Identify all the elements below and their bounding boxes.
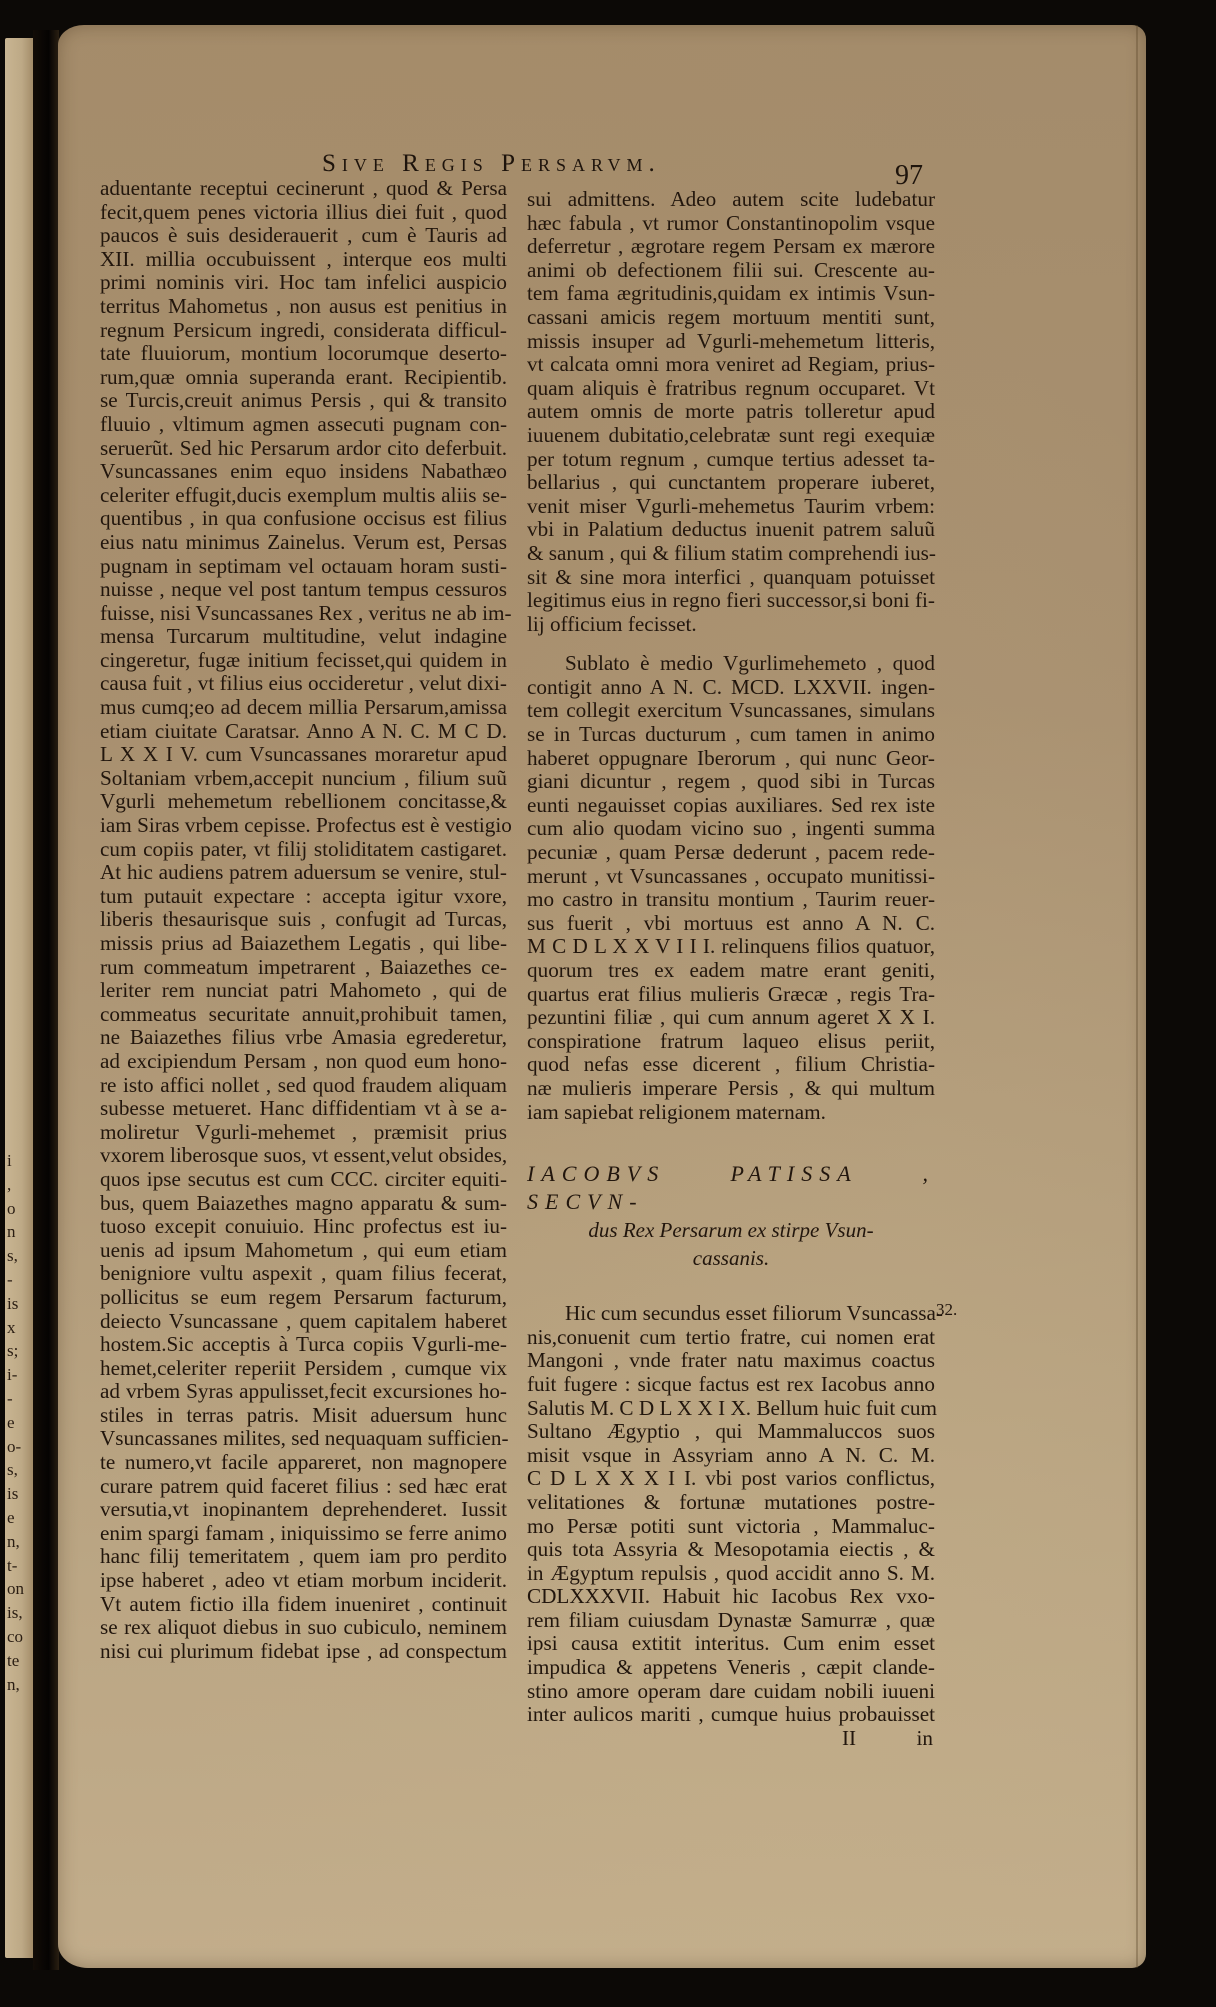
previous-page-text-fragment: is, — [7, 1604, 23, 1621]
section-gap — [527, 1124, 935, 1160]
text-line: fecit,quem penes victoria illius diei fu… — [100, 201, 507, 225]
text-line: missis prius ad Baiazethem Legatis , qui… — [100, 932, 507, 956]
text-line: velitationes & fortunæ mutationes postre… — [527, 1491, 935, 1515]
text-line: se in Turcas ducturum , cum tamen in ani… — [527, 723, 935, 747]
previous-page-text-fragment: t- — [7, 1557, 17, 1574]
previous-page-text-fragment: s, — [7, 1461, 18, 1478]
text-line: iuuenem dubitatio,celebratæ sunt regi ex… — [527, 424, 935, 448]
text-line: tate fluuiorum, montium locorumque deser… — [100, 342, 507, 366]
text-line: autem omnis de morte patris tolleretur a… — [527, 400, 935, 424]
text-line: ipse haberet , adeo vt etiam morbum inci… — [100, 1569, 507, 1593]
text-line: At hic audiens patrem aduersum se venire… — [100, 861, 507, 885]
previous-page-text-fragment: on — [7, 1580, 24, 1597]
text-line: eius natu minimus Zainelus. Verum est, P… — [100, 531, 507, 555]
text-line: iam Siras vrbem cepisse. Profectus est è… — [100, 814, 507, 838]
previous-page-text-fragment: o — [7, 1200, 16, 1217]
text-line: tum putauit expectare : accepta igitur v… — [100, 885, 507, 909]
text-line: lij officium fecisset. — [527, 613, 935, 637]
text-line: quod nefas esse dicerent , filium Christ… — [527, 1053, 935, 1077]
previous-page-text-fragment: s, — [7, 1247, 18, 1264]
text-line: fuisse, nisi Vsuncassanes Rex , veritus … — [100, 602, 507, 626]
previous-page-text-fragment: co — [7, 1628, 23, 1645]
text-line: Vgurli mehemetum rebellionem concitasse,… — [100, 790, 507, 814]
previous-page-text-fragment: is — [7, 1485, 18, 1502]
text-line: vt calcata omni mora veniret ad Regiam, … — [527, 353, 935, 377]
left-column: aduentante receptui cecinerunt , quod & … — [100, 177, 507, 1663]
text-line: cassani amicis regem mortuum mentiti sun… — [527, 306, 935, 330]
previous-page-text-fragment: , — [7, 1176, 11, 1193]
text-line: rem filiam cuiusdam Dynastæ Samurræ , qu… — [527, 1609, 935, 1633]
text-line: pugnam in septimam vel octauam horam sus… — [100, 555, 507, 579]
text-line: haberet oppugnare Iberorum , qui nunc Ge… — [527, 747, 935, 771]
text-line: tem collegit exercitum Vsuncassanes, sim… — [527, 699, 935, 723]
chapter-heading: IACOBVS PATISSA , SECVN- dus Rex Persaru… — [527, 1160, 935, 1272]
text-line: iam sapiebat religionem maternam. — [527, 1101, 935, 1125]
chapter-heading-line3: cassanis. — [527, 1244, 935, 1272]
previous-page-text-fragment: x — [7, 1319, 16, 1336]
text-line: C D L X X X I I. vbi post varios conflic… — [527, 1467, 935, 1491]
text-line: primi nominis viri. Hoc tam infelici aus… — [100, 271, 507, 295]
text-line: deiecto Vsuncassane , quem capitalem hab… — [100, 1310, 507, 1334]
previous-page-text-fragment: i- — [7, 1366, 17, 1383]
text-line: quis tota Assyria & Mesopotamia eiectis … — [527, 1538, 935, 1562]
catchword: in — [917, 1727, 933, 1751]
text-line: animi ob defectionem filii sui. Crescent… — [527, 259, 935, 283]
text-line: nisi cui plurimum fidebat ipse , ad cons… — [100, 1640, 507, 1664]
paragraph-gap — [527, 636, 935, 652]
right-column-part1: sui admittens. Adeo autem scite ludebatu… — [527, 188, 935, 636]
previous-page-text-fragment: n, — [7, 1676, 20, 1693]
text-line: Soltaniam vrbem,accepit nuncium , filium… — [100, 767, 507, 791]
text-line: næ mulieris imperare Persis , & qui mult… — [527, 1077, 935, 1101]
text-line: versutia,vt inopinantem deprehenderet. I… — [100, 1498, 507, 1522]
text-line: quos ipse secutus est cum CCC. circiter … — [100, 1168, 507, 1192]
previous-page-text-fragment: - — [7, 1271, 13, 1288]
previous-page-text-fragment: o- — [7, 1438, 21, 1455]
text-line: pecuniæ , quam Persæ dederunt , pacem re… — [527, 841, 935, 865]
text-line: tuoso excepit conuiuio. Hinc profectus e… — [100, 1215, 507, 1239]
text-line: cum alio quodam vicino suo , ingenti sum… — [527, 817, 935, 841]
text-line: nuisse , neque vel post tantum tempus ce… — [100, 578, 507, 602]
text-line: Sultano Ægyptio , qui Mammaluccos suos — [527, 1420, 935, 1444]
text-line: ad vrbem Syras appulisset,fecit excursio… — [100, 1380, 507, 1404]
text-line: ad excipiendum Persam , non quod eum hon… — [100, 1050, 507, 1074]
text-line: Mangoni , vnde frater natu maximus coact… — [527, 1349, 935, 1373]
text-line: quam aliquis è fratribus regnum occupare… — [527, 377, 935, 401]
text-line: bellarius , qui cunctantem properare iub… — [527, 471, 935, 495]
right-column: sui admittens. Adeo autem scite ludebatu… — [527, 188, 935, 1753]
book-gutter — [33, 30, 59, 1970]
text-line: paucos è suis desiderauerit , cum è Taur… — [100, 224, 507, 248]
text-line: ne Baiazethes filius vrbe Amasia egreder… — [100, 1026, 507, 1050]
running-head: Sive Regis Persarvm. — [322, 150, 661, 178]
text-line: vbi in Palatium deductus inuenit patrem … — [527, 518, 935, 542]
text-line: quentibus , in qua confusione occisus es… — [100, 507, 507, 531]
text-line: merunt , vt Vsuncassanes , occupato muni… — [527, 865, 935, 889]
text-line: celeriter effugit,ducis exemplum multis … — [100, 484, 507, 508]
text-line: commeatus securitate annuit,prohibuit ta… — [100, 1003, 507, 1027]
text-line: pollicitus se eum regem Persarum facturu… — [100, 1286, 507, 1310]
text-line: regnum Persicum ingredi, considerata dif… — [100, 319, 507, 343]
text-line: misit vsque in Assyriam anno A N. C. M. — [527, 1444, 935, 1468]
text-line: hemet,celeriter reperiit Persidem , cumq… — [100, 1357, 507, 1381]
text-line: pezuntini filiæ , qui cum annum ageret X… — [527, 1006, 935, 1030]
text-line: ipsi causa extitit interitus. Cum enim e… — [527, 1632, 935, 1656]
text-line: legitimus eius in regno fieri successor,… — [527, 589, 935, 613]
text-line: XII. millia occubuissent , interque eos … — [100, 248, 507, 272]
previous-page-text-fragment: i — [7, 1152, 12, 1169]
chapter-heading-line2: dus Rex Persarum ex stirpe Vsun- — [527, 1216, 935, 1244]
text-line: benigniore vultu aspexit , quam filius f… — [100, 1262, 507, 1286]
text-line: stiles in terras patris. Misit aduersum … — [100, 1404, 507, 1428]
text-line: quorum tres ex eadem matre erant geniti, — [527, 959, 935, 983]
text-line: enim spargi famam , iniquissimo se ferre… — [100, 1522, 507, 1546]
text-line: causa fuit , vt filius eius occideretur … — [100, 672, 507, 696]
text-line: sui admittens. Adeo autem scite ludebatu… — [527, 188, 935, 212]
margin-note: 32. — [936, 1300, 957, 1320]
text-line: Salutis M. C D L X X I X. Bellum huic fu… — [527, 1397, 935, 1421]
text-line: mo castro in transitu montium , Taurim r… — [527, 888, 935, 912]
text-line: fuit fugere : sicque factus est rex Iaco… — [527, 1373, 935, 1397]
previous-page-text-fragment: e — [7, 1509, 15, 1526]
text-line: conspiratione fratrum laqueo elisus peri… — [527, 1030, 935, 1054]
text-line: curare patrem quid faceret filius : sed … — [100, 1475, 507, 1499]
text-line: leriter rem nunciat patri Mahometo , qui… — [100, 979, 507, 1003]
text-line: contigit anno A N. C. MCD. LXXVII. ingen… — [527, 676, 935, 700]
text-line: eunti negauisset copias auxiliares. Sed … — [527, 794, 935, 818]
text-line: per totum regnum , cumque tertius adesse… — [527, 448, 935, 472]
text-line: hanc filij temeritatem , quem iam pro pe… — [100, 1545, 507, 1569]
text-line: tem fama ægritudinis,quidam ex intimis V… — [527, 282, 935, 306]
chapter-heading-line1: IACOBVS PATISSA , SECVN- — [527, 1160, 935, 1216]
text-line: Hic cum secundus esset filiorum Vsuncass… — [527, 1302, 935, 1326]
text-line: seruerũt. Sed hic Persarum ardor cito de… — [100, 437, 507, 461]
text-line: subesse metueret. Hanc diffidentiam vt à… — [100, 1097, 507, 1121]
right-column-part2: Sublato è medio Vgurlimehemeto , quodcon… — [527, 652, 935, 1124]
text-line: in Ægyptum repulsis , quod accidit anno … — [527, 1562, 935, 1586]
text-line: se rex aliquot diebus in suo cubiculo, n… — [100, 1616, 507, 1640]
text-line: sus fuerit , vbi mortuus est anno A N. C… — [527, 912, 935, 936]
text-line: hæc fabula , vt rumor Constantinopolim v… — [527, 212, 935, 236]
text-line: Sublato è medio Vgurlimehemeto , quod — [527, 652, 935, 676]
previous-page-text-fragment: te — [7, 1652, 19, 1669]
text-line: missis insuper ad Vgurli-mehemetum litte… — [527, 330, 935, 354]
text-line: cingeretur, fugæ initium fecisset,qui qu… — [100, 649, 507, 673]
previous-page-text-fragment: is — [7, 1295, 18, 1312]
previous-page-text-fragment: - — [7, 1390, 13, 1407]
text-line: moliretur Vgurli-mehemet , præmisit priu… — [100, 1121, 507, 1145]
text-line: sit & sine mora interfici , quanquam pot… — [527, 566, 935, 590]
text-line: vxorem liberosque suos, vt essent,velut … — [100, 1144, 507, 1168]
text-line: deferretur , ægrotare regem Persam ex mæ… — [527, 235, 935, 259]
text-line: rum,quæ omnia superanda erant. Recipient… — [100, 366, 507, 390]
text-line: stino amore operam dare cuidam nobili iu… — [527, 1680, 935, 1704]
text-line: quartus erat filius mulieris Græcæ , reg… — [527, 983, 935, 1007]
footer-row: II in — [527, 1727, 935, 1753]
text-line: Vsuncassanes enim equo insidens Nabathæo — [100, 460, 507, 484]
text-line: nis,conuenit cum tertio fratre, cui nome… — [527, 1326, 935, 1350]
text-line: inter aulicos mariti , cumque huius prob… — [527, 1703, 935, 1727]
text-line: Vsuncassanes milites, sed nequaquam suff… — [100, 1427, 507, 1451]
text-line: liberis thesaurisque suis , confugit ad … — [100, 908, 507, 932]
text-line: Vt autem fictio illa fidem inueniret , c… — [100, 1593, 507, 1617]
text-line: hostem.Sic acceptis à Turca copiis Vgurl… — [100, 1333, 507, 1357]
text-line: aduentante receptui cecinerunt , quod & … — [100, 177, 507, 201]
text-line: re isto affici nollet , sed quod fraudem… — [100, 1074, 507, 1098]
text-line: CDLXXXVII. Habuit hic Iacobus Rex vxo- — [527, 1585, 935, 1609]
text-line: giani dicuntur , regem , quod sibi in Tu… — [527, 770, 935, 794]
text-line: mus cumq;eo ad decem millia Persarum,ami… — [100, 696, 507, 720]
previous-page-text-fragment: s; — [7, 1342, 18, 1359]
text-line: fluuio , vltimum agmen assecuti pugnam c… — [100, 413, 507, 437]
text-line: se Turcis,creuit animus Persis , qui & t… — [100, 389, 507, 413]
text-line: M C D L X X V I I I. relinquens filios q… — [527, 935, 935, 959]
text-line: etiam ciuitate Caratsar. Anno A N. C. M … — [100, 720, 507, 744]
previous-page-text-fragment: n, — [7, 1533, 20, 1550]
right-column-part3: Hic cum secundus esset filiorum Vsuncass… — [527, 1302, 935, 1727]
text-line: rum commeatum impetrarent , Baiazethes c… — [100, 956, 507, 980]
text-line: uenis ad ipsum Mahometum , qui eum etiam — [100, 1239, 507, 1263]
text-line: mo Persæ potiti sunt victoria , Mammaluc… — [527, 1515, 935, 1539]
text-line: bus, quem Baiazethes magno apparatu & su… — [100, 1192, 507, 1216]
text-line: mensa Turcarum multitudine, velut indagi… — [100, 625, 507, 649]
text-line: L X X I V. cum Vsuncassanes moraretur ap… — [100, 743, 507, 767]
signature-mark: II — [842, 1727, 856, 1751]
text-line: impudica & appetens Veneris , cæpit clan… — [527, 1656, 935, 1680]
text-line: & sanum , qui & filium statim comprehend… — [527, 542, 935, 566]
previous-page-text-fragment: n — [7, 1223, 16, 1240]
text-line: cum copiis pater, vt filij stoliditatem … — [100, 838, 507, 862]
section-gap — [527, 1272, 935, 1302]
previous-page-edge: i,ons,-isxs;i--eo-s,isen,t-onis,coten, — [5, 38, 33, 1958]
text-line: te numero,vt facile appareret, non magno… — [100, 1451, 507, 1475]
text-line: territus Mahometus , non ausus est penit… — [100, 295, 507, 319]
text-line: venit miser Vgurli-mehemetus Taurim vrbe… — [527, 495, 935, 519]
previous-page-text-fragment: e — [7, 1414, 15, 1431]
